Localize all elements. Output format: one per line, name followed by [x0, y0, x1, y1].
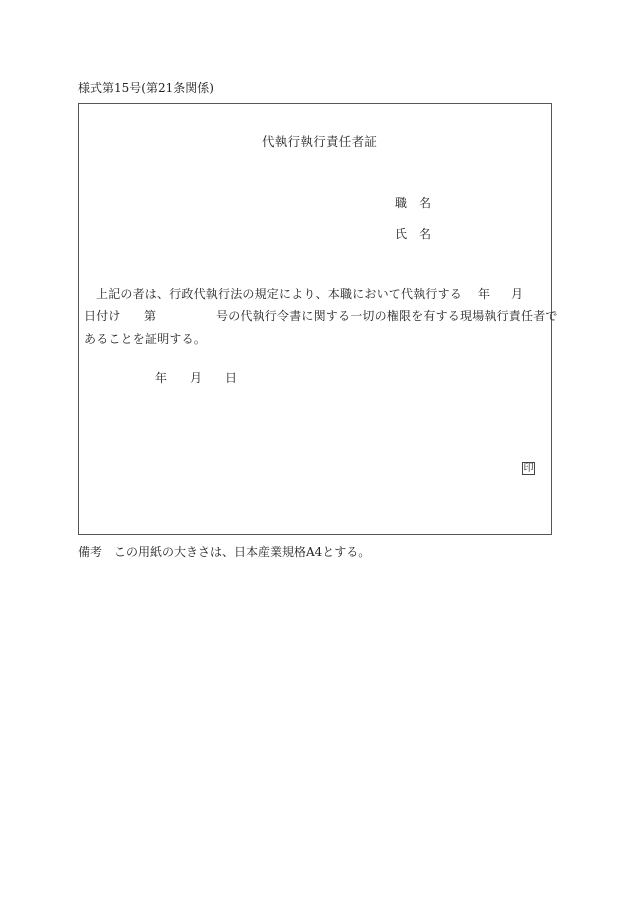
remarks-text: この用紙の大きさは、日本産業規格A4とする。: [114, 546, 370, 558]
name-label-b: 名: [419, 228, 431, 240]
form-number: 様式第15号(第21条関係): [78, 82, 214, 94]
body-line-2-prefix: 日付け: [84, 310, 121, 322]
date-year: 年: [155, 372, 167, 384]
body-line-2-dai: 第: [144, 310, 156, 322]
job-title-label-b: 名: [419, 197, 431, 209]
certificate-title: 代執行執行責任者証: [262, 136, 377, 149]
body-line-1: 上記の者は、行政代執行法の規定により、本職において代執行する: [96, 288, 462, 300]
body-line-3: あることを証明する。: [84, 333, 206, 345]
seal-mark: 印: [522, 462, 535, 475]
date-day: 日: [225, 372, 237, 384]
job-title-label-a: 職: [395, 197, 407, 209]
body-line-2: 号の代執行令書に関する一切の権限を有する現場執行責任者で: [216, 310, 558, 322]
name-label-a: 氏: [395, 228, 407, 240]
date-month: 月: [190, 372, 202, 384]
body-line-1-year: 年: [478, 288, 490, 300]
body-line-1-month: 月: [511, 288, 523, 300]
remarks-label: 備考: [78, 546, 102, 558]
